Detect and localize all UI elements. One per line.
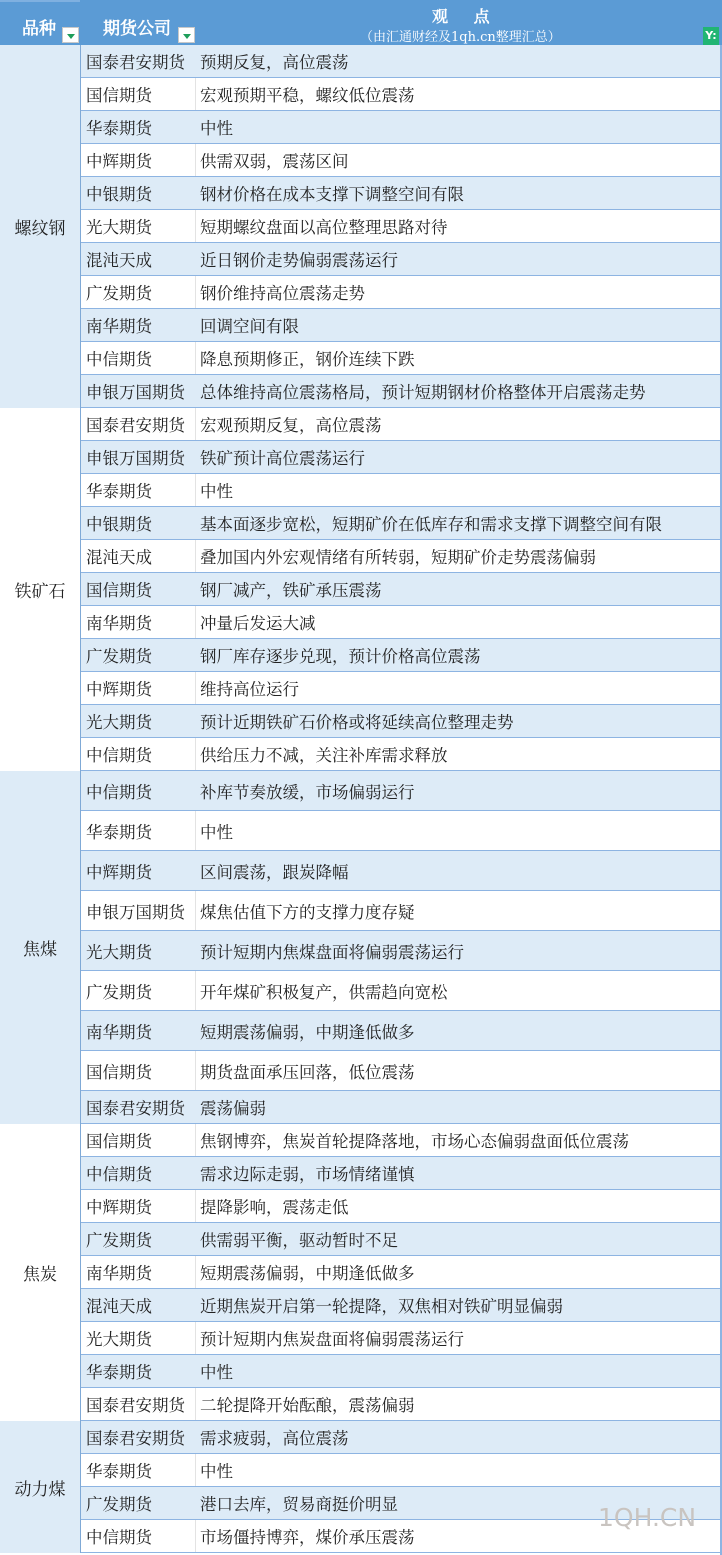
table-row[interactable]: 光大期货预计短期内焦炭盘面将偏弱震荡运行 xyxy=(81,1322,722,1355)
view-cell: 钢厂减产，铁矿承压震荡 xyxy=(196,573,722,605)
company-cell: 华泰期货 xyxy=(81,811,196,850)
variety-cell: 螺纹钢 xyxy=(0,45,81,408)
company-cell: 南华期货 xyxy=(81,1011,196,1050)
filter-icon: Y: xyxy=(705,29,716,42)
table-row[interactable]: 华泰期货中性 xyxy=(81,1355,722,1388)
table-row[interactable]: 混沌天成近期焦炭开启第一轮提降，双焦相对铁矿明显偏弱 xyxy=(81,1289,722,1322)
table-row[interactable]: 国泰君安期货震荡偏弱 xyxy=(81,1091,722,1124)
table-row[interactable]: 华泰期货中性 xyxy=(81,474,722,507)
dropdown-arrow-icon xyxy=(183,34,191,39)
table-header: 品种 期货公司 观 点 （由汇通财经及1qh.cn整理汇总） Y: xyxy=(0,0,722,45)
view-cell: 供需双弱，震荡区间 xyxy=(196,144,722,176)
table-row[interactable]: 中信期货补库节奏放缓，市场偏弱运行 xyxy=(81,771,722,811)
table-row[interactable]: 申银万国期货煤焦估值下方的支撑力度存疑 xyxy=(81,891,722,931)
company-cell: 华泰期货 xyxy=(81,111,196,143)
view-cell: 中性 xyxy=(196,1454,722,1486)
company-cell: 中信期货 xyxy=(81,738,196,770)
table-row[interactable]: 中辉期货维持高位运行 xyxy=(81,672,722,705)
table-row[interactable]: 中信期货需求边际走弱，市场情绪谨慎 xyxy=(81,1157,722,1190)
views-table: 螺纹钢国泰君安期货预期反复，高位震荡国信期货宏观预期平稳，螺纹低位震荡华泰期货中… xyxy=(0,45,722,1553)
company-cell: 广发期货 xyxy=(81,276,196,308)
table-row[interactable]: 广发期货供需弱平衡，驱动暂时不足 xyxy=(81,1223,722,1256)
table-row[interactable]: 光大期货短期螺纹盘面以高位整理思路对待 xyxy=(81,210,722,243)
view-cell: 期货盘面承压回落，低位震荡 xyxy=(196,1051,722,1090)
company-cell: 国泰君安期货 xyxy=(81,1388,196,1420)
company-cell: 国泰君安期货 xyxy=(81,45,196,77)
table-row[interactable]: 混沌天成叠加国内外宏观情绪有所转弱，短期矿价走势震荡偏弱 xyxy=(81,540,722,573)
view-cell: 冲量后发运大减 xyxy=(196,606,722,638)
variety-cell: 焦煤 xyxy=(0,771,81,1124)
company-cell: 国信期货 xyxy=(81,1051,196,1090)
table-row[interactable]: 华泰期货中性 xyxy=(81,111,722,144)
table-row[interactable]: 华泰期货中性 xyxy=(81,811,722,851)
view-cell: 维持高位运行 xyxy=(196,672,722,704)
table-row[interactable]: 国泰君安期货预期反复，高位震荡 xyxy=(81,45,722,78)
view-cell: 叠加国内外宏观情绪有所转弱，短期矿价走势震荡偏弱 xyxy=(196,540,722,572)
variety-group: 焦煤中信期货补库节奏放缓，市场偏弱运行华泰期货中性中辉期货区间震荡，跟炭降幅申银… xyxy=(0,771,722,1124)
company-cell: 国信期货 xyxy=(81,573,196,605)
company-cell: 光大期货 xyxy=(81,210,196,242)
company-cell: 申银万国期货 xyxy=(81,441,196,473)
view-cell: 二轮提降开始酝酿，震荡偏弱 xyxy=(196,1388,722,1420)
table-row[interactable]: 国信期货焦钢博弈，焦炭首轮提降落地，市场心态偏弱盘面低位震荡 xyxy=(81,1124,722,1157)
company-cell: 中信期货 xyxy=(81,1520,196,1552)
variety-group: 焦炭国信期货焦钢博弈，焦炭首轮提降落地，市场心态偏弱盘面低位震荡中信期货需求边际… xyxy=(0,1124,722,1421)
view-cell: 近期焦炭开启第一轮提降，双焦相对铁矿明显偏弱 xyxy=(196,1289,722,1321)
table-row[interactable]: 国泰君安期货二轮提降开始酝酿，震荡偏弱 xyxy=(81,1388,722,1421)
view-cell: 钢价维持高位震荡走势 xyxy=(196,276,722,308)
table-row[interactable]: 中信期货降息预期修正，钢价连续下跌 xyxy=(81,342,722,375)
view-cell: 中性 xyxy=(196,1355,722,1387)
view-cell: 基本面逐步宽松，短期矿价在低库存和需求支撑下调整空间有限 xyxy=(196,507,722,539)
table-row[interactable]: 南华期货短期震荡偏弱，中期逢低做多 xyxy=(81,1256,722,1289)
table-row[interactable]: 国信期货钢厂减产，铁矿承压震荡 xyxy=(81,573,722,606)
table-row[interactable]: 国信期货宏观预期平稳，螺纹低位震荡 xyxy=(81,78,722,111)
variety-group: 铁矿石国泰君安期货宏观预期反复，高位震荡申银万国期货铁矿预计高位震荡运行华泰期货… xyxy=(0,408,722,771)
view-cell: 宏观预期平稳，螺纹低位震荡 xyxy=(196,78,722,110)
view-cell: 铁矿预计高位震荡运行 xyxy=(196,441,722,473)
company-filter-dropdown[interactable] xyxy=(178,27,195,43)
view-cell: 钢材价格在成本支撑下调整空间有限 xyxy=(196,177,722,209)
table-row[interactable]: 混沌天成近日钢价走势偏弱震荡运行 xyxy=(81,243,722,276)
company-cell: 华泰期货 xyxy=(81,1355,196,1387)
column-header-company: 期货公司 xyxy=(103,14,171,39)
company-cell: 国信期货 xyxy=(81,1124,196,1156)
company-cell: 混沌天成 xyxy=(81,243,196,275)
company-cell: 中辉期货 xyxy=(81,144,196,176)
table-row[interactable]: 广发期货开年煤矿积极复产，供需趋向宽松 xyxy=(81,971,722,1011)
company-cell: 光大期货 xyxy=(81,1322,196,1354)
view-cell: 中性 xyxy=(196,811,722,850)
view-cell: 短期震荡偏弱，中期逢低做多 xyxy=(196,1256,722,1288)
company-cell: 中信期货 xyxy=(81,342,196,374)
column-header-view: 观 点 xyxy=(432,4,500,27)
company-cell: 南华期货 xyxy=(81,1256,196,1288)
company-cell: 华泰期货 xyxy=(81,474,196,506)
column-header-variety: 品种 xyxy=(22,14,56,39)
company-cell: 广发期货 xyxy=(81,1223,196,1255)
company-cell: 南华期货 xyxy=(81,309,196,341)
view-cell: 预计近期铁矿石价格或将延续高位整理走势 xyxy=(196,705,722,737)
table-row[interactable]: 国泰君安期货需求疲弱，高位震荡 xyxy=(81,1421,722,1454)
company-cell: 申银万国期货 xyxy=(81,891,196,930)
table-row[interactable]: 国泰君安期货宏观预期反复，高位震荡 xyxy=(81,408,722,441)
view-cell: 补库节奏放缓，市场偏弱运行 xyxy=(196,771,722,810)
company-cell: 广发期货 xyxy=(81,1487,196,1519)
view-cell: 宏观预期反复，高位震荡 xyxy=(196,408,722,440)
company-cell: 广发期货 xyxy=(81,971,196,1010)
view-cell: 中性 xyxy=(196,111,722,143)
variety-cell: 焦炭 xyxy=(0,1124,81,1421)
view-cell: 需求边际走弱，市场情绪谨慎 xyxy=(196,1157,722,1189)
view-cell: 预期反复，高位震荡 xyxy=(196,45,722,77)
company-cell: 南华期货 xyxy=(81,606,196,638)
view-cell: 短期螺纹盘面以高位整理思路对待 xyxy=(196,210,722,242)
company-cell: 中银期货 xyxy=(81,507,196,539)
view-cell: 震荡偏弱 xyxy=(196,1091,722,1123)
variety-filter-dropdown[interactable] xyxy=(62,27,79,43)
table-row[interactable]: 中辉期货提降影响，震荡走低 xyxy=(81,1190,722,1223)
company-cell: 华泰期货 xyxy=(81,1454,196,1486)
table-row[interactable]: 申银万国期货总体维持高位震荡格局，预计短期钢材价格整体开启震荡走势 xyxy=(81,375,722,408)
company-cell: 中辉期货 xyxy=(81,672,196,704)
company-cell: 混沌天成 xyxy=(81,1289,196,1321)
company-cell: 中辉期货 xyxy=(81,851,196,890)
view-cell: 预计短期内焦炭盘面将偏弱震荡运行 xyxy=(196,1322,722,1354)
variety-group: 动力煤国泰君安期货需求疲弱，高位震荡华泰期货中性广发期货港口去库，贸易商挺价明显… xyxy=(0,1421,722,1553)
table-row[interactable]: 光大期货预计近期铁矿石价格或将延续高位整理走势 xyxy=(81,705,722,738)
company-cell: 光大期货 xyxy=(81,705,196,737)
view-cell: 近日钢价走势偏弱震荡运行 xyxy=(196,243,722,275)
view-cell: 煤焦估值下方的支撑力度存疑 xyxy=(196,891,722,930)
company-cell: 中信期货 xyxy=(81,771,196,810)
table-row[interactable]: 中银期货基本面逐步宽松，短期矿价在低库存和需求支撑下调整空间有限 xyxy=(81,507,722,540)
view-cell: 回调空间有限 xyxy=(196,309,722,341)
table-row[interactable]: 光大期货预计短期内焦煤盘面将偏弱震荡运行 xyxy=(81,931,722,971)
company-cell: 光大期货 xyxy=(81,931,196,970)
table-row[interactable]: 华泰期货中性 xyxy=(81,1454,722,1487)
variety-group: 螺纹钢国泰君安期货预期反复，高位震荡国信期货宏观预期平稳，螺纹低位震荡华泰期货中… xyxy=(0,45,722,408)
view-cell: 总体维持高位震荡格局，预计短期钢材价格整体开启震荡走势 xyxy=(196,375,722,407)
table-row[interactable]: 申银万国期货铁矿预计高位震荡运行 xyxy=(81,441,722,474)
table-row[interactable]: 南华期货冲量后发运大减 xyxy=(81,606,722,639)
table-row[interactable]: 国信期货期货盘面承压回落，低位震荡 xyxy=(81,1051,722,1091)
variety-cell: 动力煤 xyxy=(0,1421,81,1553)
view-cell: 供给压力不减，关注补库需求释放 xyxy=(196,738,722,770)
company-cell: 国泰君安期货 xyxy=(81,408,196,440)
dropdown-arrow-icon xyxy=(67,34,75,39)
view-cell: 提降影响，震荡走低 xyxy=(196,1190,722,1222)
view-cell: 钢厂库存逐步兑现，预计价格高位震荡 xyxy=(196,639,722,671)
table-row[interactable]: 南华期货短期震荡偏弱，中期逢低做多 xyxy=(81,1011,722,1051)
view-cell: 焦钢博弈，焦炭首轮提降落地，市场心态偏弱盘面低位震荡 xyxy=(196,1124,722,1156)
table-row[interactable]: 中辉期货供需双弱，震荡区间 xyxy=(81,144,722,177)
company-cell: 国信期货 xyxy=(81,78,196,110)
table-row[interactable]: 广发期货钢价维持高位震荡走势 xyxy=(81,276,722,309)
table-row[interactable]: 中银期货钢材价格在成本支撑下调整空间有限 xyxy=(81,177,722,210)
company-cell: 国泰君安期货 xyxy=(81,1091,196,1123)
company-cell: 广发期货 xyxy=(81,639,196,671)
variety-cell: 铁矿石 xyxy=(0,408,81,771)
view-cell: 降息预期修正，钢价连续下跌 xyxy=(196,342,722,374)
header-top-border xyxy=(0,0,80,2)
company-cell: 中银期货 xyxy=(81,177,196,209)
column-header-view-subtitle: （由汇通财经及1qh.cn整理汇总） xyxy=(360,26,561,45)
view-cell: 预计短期内焦煤盘面将偏弱震荡运行 xyxy=(196,931,722,970)
table-row[interactable]: 中信期货供给压力不减，关注补库需求释放 xyxy=(81,738,722,771)
view-cell: 需求疲弱，高位震荡 xyxy=(196,1421,722,1453)
view-filter-button[interactable]: Y: xyxy=(703,27,719,45)
view-cell: 区间震荡，跟炭降幅 xyxy=(196,851,722,890)
company-cell: 中辉期货 xyxy=(81,1190,196,1222)
view-cell: 供需弱平衡，驱动暂时不足 xyxy=(196,1223,722,1255)
table-row[interactable]: 广发期货钢厂库存逐步兑现，预计价格高位震荡 xyxy=(81,639,722,672)
view-cell: 短期震荡偏弱，中期逢低做多 xyxy=(196,1011,722,1050)
company-cell: 国泰君安期货 xyxy=(81,1421,196,1453)
watermark: 1QH.CN xyxy=(598,1503,696,1532)
table-row[interactable]: 中辉期货区间震荡，跟炭降幅 xyxy=(81,851,722,891)
company-cell: 混沌天成 xyxy=(81,540,196,572)
company-cell: 申银万国期货 xyxy=(81,375,196,407)
view-cell: 中性 xyxy=(196,474,722,506)
view-cell: 开年煤矿积极复产，供需趋向宽松 xyxy=(196,971,722,1010)
company-cell: 中信期货 xyxy=(81,1157,196,1189)
table-row[interactable]: 南华期货回调空间有限 xyxy=(81,309,722,342)
